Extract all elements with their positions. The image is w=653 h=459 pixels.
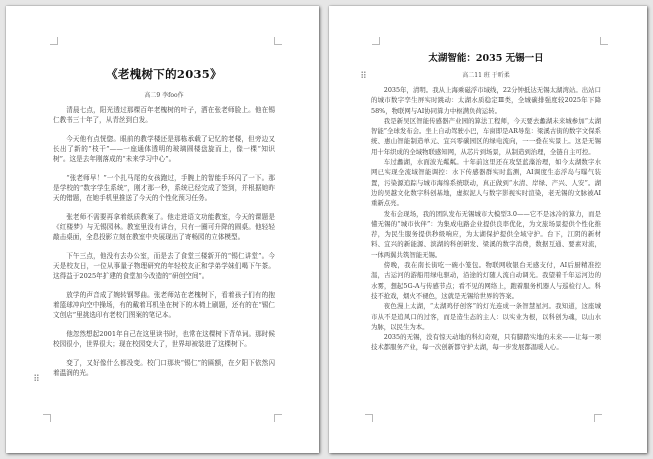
paragraph: 2035的无锡，没有惊天动地的科幻奇观，只有脚踏实地的未来——让每一项技术都服务… <box>371 332 601 353</box>
margin-corner-bottom-right <box>594 414 602 422</box>
paragraph: 发布会现场，我的团队发布无锡城市大模型3.0——它不是冰冷的算力，而是懂无锡的“… <box>371 209 601 260</box>
margin-corner-bottom-left <box>365 414 373 422</box>
drag-handle-icon[interactable] <box>34 374 39 381</box>
document-title: 太湖智能：2035 无锡一日 <box>371 50 601 64</box>
paragraph: 放学的声音成了婉转钢琴曲。张老师站在老槐树下，看着孩子们有的抱着篮球冲向空中操场… <box>53 290 275 320</box>
paragraph: 今天他有点恍惚。眼前的教学楼还是那栋承载了记忆的老楼，但旁边又长出了新的“枝干”… <box>53 134 275 164</box>
document-page-1[interactable]: 《老槐树下的2035》 高二9 李foo作 清晨七点，阳光透过那棵百年老槐树的叶… <box>6 6 319 453</box>
document-title: 《老槐树下的2035》 <box>53 66 275 82</box>
drag-handle-icon[interactable] <box>361 71 366 78</box>
paragraph: 车过蠡湖，水面波光粼粼。十年前这里还在攻坚蓝藻治理，如今太湖数字水网已实现全流域… <box>371 157 601 208</box>
author-byline: 高二11 班 于昕柔 <box>371 70 601 79</box>
paragraph: 我是新吴区智能传感器产业园的算法工程师，今天要去蠡湖未来城参加“太湖智能”全球发… <box>371 116 601 157</box>
margin-corner-top-right <box>600 37 608 45</box>
paragraph: 下午三点，他没有去办公室，而是去了食堂三楼新开的“锡仁讲堂”。今天是校友日，一位… <box>53 251 275 281</box>
margin-corner-bottom-left <box>43 414 51 422</box>
paragraph: 变了，又好像什么都没变。校门口那块“锡仁”的匾额，在夕阳下依然闪着温润的光。 <box>53 358 275 378</box>
paragraph: “张老师早！”一个扎马尾的女孩跑过，手腕上的智能手环闪了一下。那是学校的“数字学… <box>53 173 275 203</box>
paragraph: 傍晚，我在南长街吃一碗小笼包。物联网收银台无感支付，AI后厨精准控温，古运河的游… <box>371 260 601 301</box>
margin-corner-top-left <box>372 37 380 45</box>
paragraph: 清晨七点，阳光透过那棵百年老槐树的叶子，洒在张老师脸上。他在锡仁教书三十年了，从… <box>53 105 275 125</box>
page-content: 太湖智能：2035 无锡一日 高二11 班 于昕柔 2035年，清明。我从上海乘… <box>371 50 601 353</box>
document-page-2[interactable]: 太湖智能：2035 无锡一日 高二11 班 于昕柔 2035年，清明。我从上海乘… <box>329 6 647 453</box>
margin-corner-top-right <box>274 37 282 45</box>
paragraph: 他忽然想起2001年自己在这里读书时，也常在这棵树下背单词。那时候校园很小，世界… <box>53 329 275 349</box>
paragraph: 2035年，清明。我从上海乘磁浮市域线，22分钟抵达无锡太湖湾站。出站口的城市数… <box>371 85 601 116</box>
margin-corner-top-left <box>50 37 58 45</box>
margin-corner-bottom-right <box>274 414 282 422</box>
author-byline: 高二9 李foo作 <box>53 90 275 99</box>
page-content: 《老槐树下的2035》 高二9 李foo作 清晨七点，阳光透过那棵百年老槐树的叶… <box>53 66 275 387</box>
paragraph: 张老师不需要再拿着纸质教案了。他走进语文功能教室，今天的课题是《红楼梦》与无锡园… <box>53 212 275 242</box>
paragraph: 夜色漫上太湖，“太湖鸡仔创客”的灯光连成一条智慧星河。我知道，这座城市从不是追风… <box>371 301 601 332</box>
